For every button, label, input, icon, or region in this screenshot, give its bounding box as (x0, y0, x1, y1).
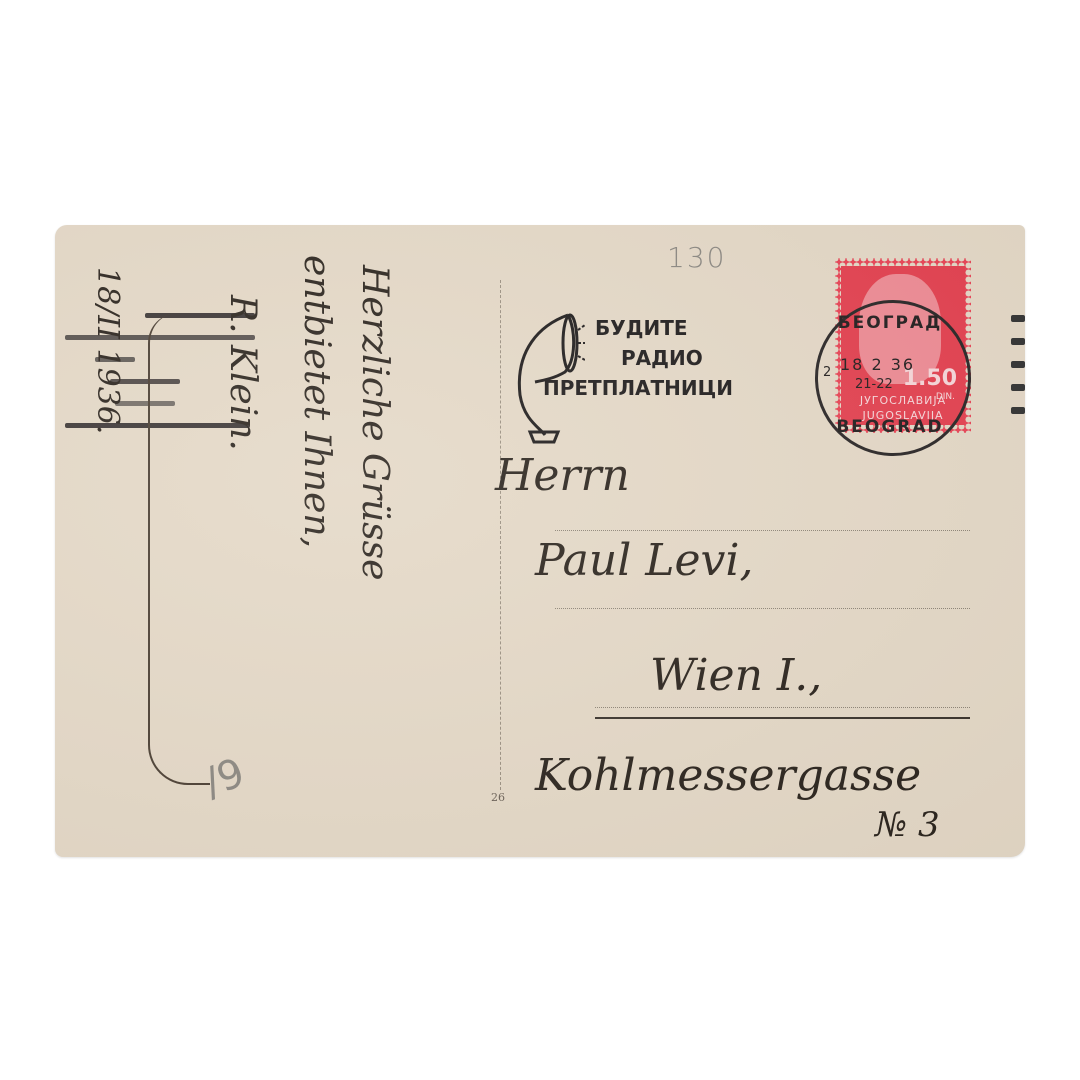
postmark-index: 2 (823, 365, 831, 380)
print-number: 26 (491, 791, 505, 804)
address-rule (595, 707, 970, 708)
message-address-divider (500, 280, 501, 790)
pencil-catalog-number: 130 (667, 241, 726, 274)
signature-flourish (148, 313, 210, 785)
address-rule (555, 608, 970, 609)
postmark-time: 21-22 (855, 377, 893, 392)
slogan-line-1: БУДИТЕ (595, 313, 733, 343)
address-line-3: Wien I., (650, 650, 822, 701)
slogan-line-3: ПРЕТПЛАТНИЦИ (543, 373, 733, 403)
greeting-line-2: entbietet Ihnen, (296, 255, 337, 548)
handwritten-date: 18/II 1936. (90, 267, 125, 434)
address-line-5: № 3 (875, 805, 940, 845)
slogan-line-2: РАДИО (595, 343, 733, 373)
postcard-back: 130 26 18/II 1936. Herzliche Grüsse entb… (55, 225, 1025, 857)
postmark-date: 18 2 36 (840, 355, 915, 374)
address-rule (555, 530, 970, 531)
signature: R. Klein. (222, 295, 263, 451)
address-line-4: Kohlmessergasse (535, 750, 921, 801)
postmark-city-cyrillic: БЕОГРАД (820, 313, 960, 333)
slogan-cancel: БУДИТЕ РАДИО ПРЕТПЛАТНИЦИ (595, 313, 733, 403)
address-line-2: Paul Levi, (535, 535, 753, 586)
address-line-1: Herrn (495, 450, 630, 501)
cancellation-edge-ticks (1011, 315, 1025, 445)
postmark-city-latin: BEOGRAD (820, 417, 960, 437)
address-underline (595, 717, 970, 719)
greeting-line-1: Herzliche Grüsse (354, 265, 395, 580)
